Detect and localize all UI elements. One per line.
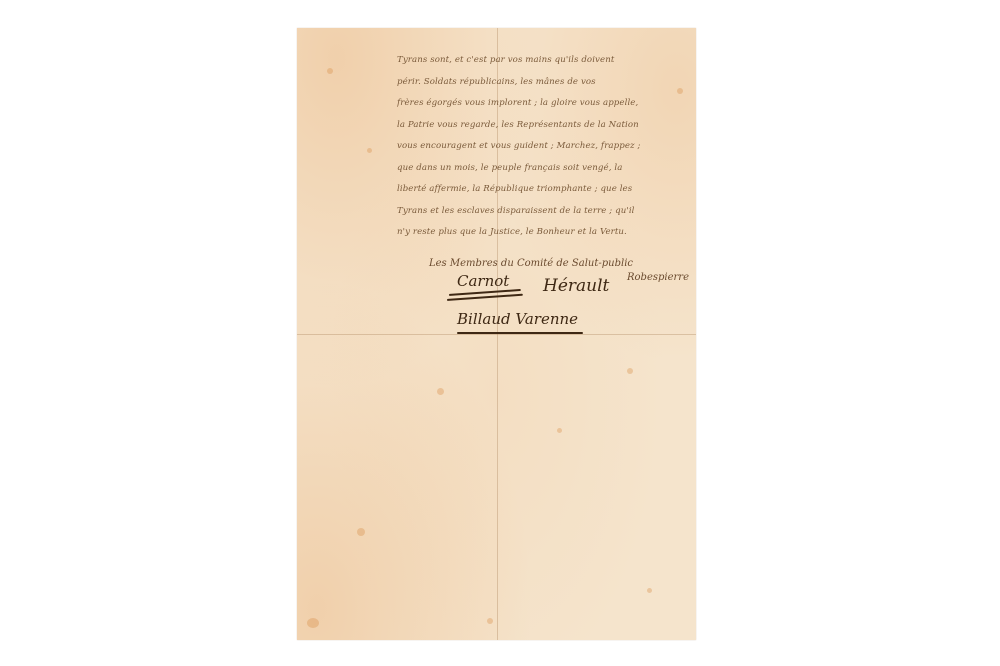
foxing-spot [307, 618, 319, 628]
foxing-spot [367, 148, 372, 153]
body-line: n'y reste plus que la Justice, le Bonheu… [397, 222, 689, 244]
foxing-spot [557, 428, 562, 433]
body-line: que dans un mois, le peuple français soi… [397, 158, 689, 180]
body-line: Tyrans et les esclaves disparaissent de … [397, 201, 689, 223]
signature-herault: Hérault [543, 276, 609, 296]
foxing-spot [487, 618, 493, 624]
signature-flourish [457, 332, 583, 334]
horizontal-fold-line [297, 334, 696, 335]
closing-line: Les Membres du Comité de Salut-public [429, 258, 633, 269]
signature-robespierre: Robespierre [627, 272, 689, 283]
foxing-spot [327, 68, 333, 74]
signature-carnot: Carnot [457, 272, 509, 290]
foxing-spot [627, 368, 633, 374]
foxing-spot [357, 528, 365, 536]
body-line: la Patrie vous regarde, les Représentant… [397, 115, 689, 137]
body-line: liberté affermie, la République triompha… [397, 179, 689, 201]
letter-body: Tyrans sont, et c'est par vos mains qu'i… [397, 50, 689, 244]
manuscript-page: Tyrans sont, et c'est par vos mains qu'i… [297, 28, 696, 640]
foxing-spot [647, 588, 652, 593]
body-line: périr. Soldats républicains, les mânes d… [397, 72, 689, 94]
body-line: vous encouragent et vous guident ; March… [397, 136, 689, 158]
foxing-spot [437, 388, 444, 395]
signature-billaud-varenne: Billaud Varenne [457, 310, 578, 328]
body-line: frères égorgés vous implorent ; la gloir… [397, 93, 689, 115]
body-line: Tyrans sont, et c'est par vos mains qu'i… [397, 50, 689, 72]
